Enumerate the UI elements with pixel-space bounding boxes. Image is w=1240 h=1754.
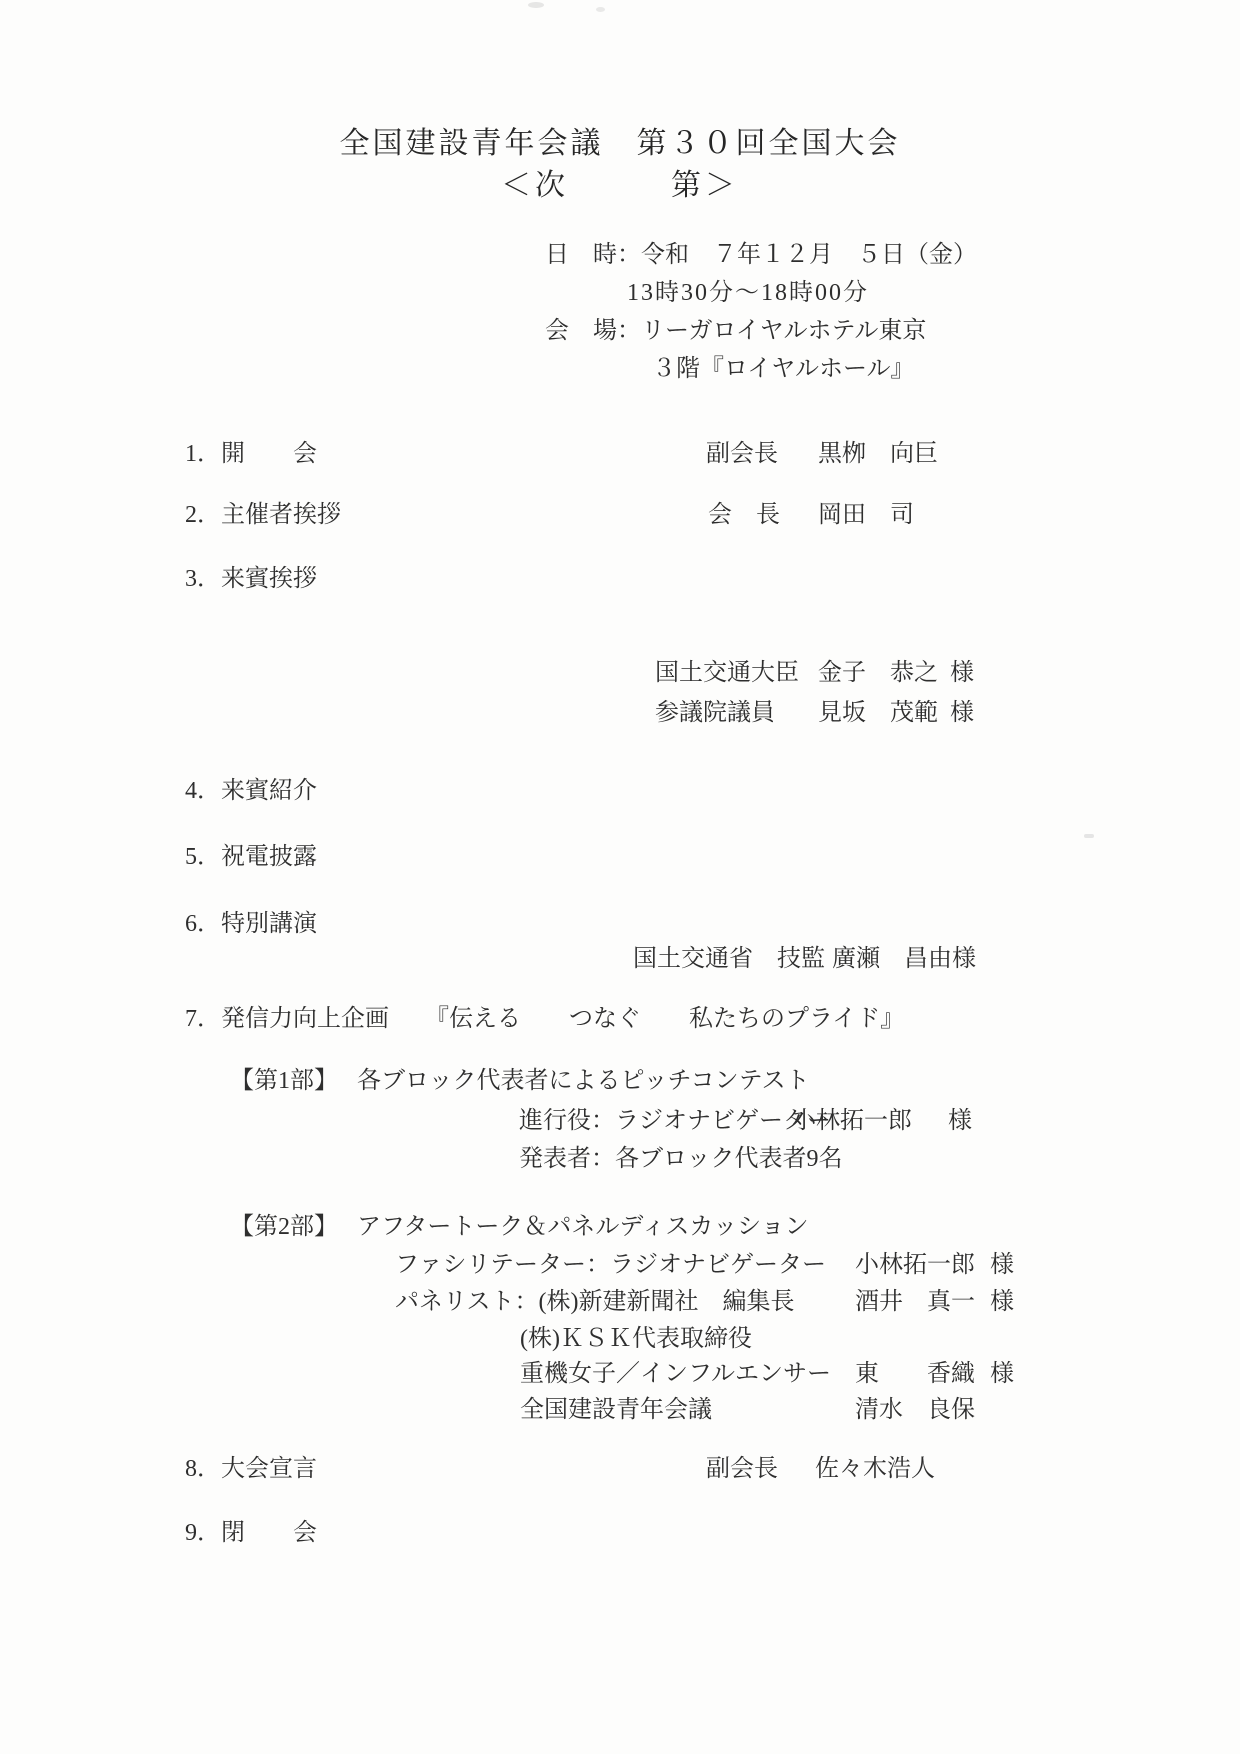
part2-title: アフタートーク＆パネルディスカッション bbox=[357, 1206, 809, 1241]
agenda-item-8-name: 佐々木浩人 bbox=[815, 1448, 935, 1483]
meta-date: 日 時：令和 ７年１２月 ５日（金） bbox=[545, 234, 977, 269]
part1-presenters: 発表者：各ブロック代表者9名 bbox=[519, 1138, 843, 1173]
agenda-item-4-label: 4．来賓紹介 bbox=[185, 770, 317, 805]
part1-moderator-honorific: 様 bbox=[948, 1100, 972, 1135]
scan-artifact bbox=[1084, 834, 1094, 838]
part2-facilitator-name: 小林拓一郎 bbox=[855, 1244, 975, 1279]
agenda-item-6-label: 6．特別講演 bbox=[185, 903, 317, 938]
scan-artifact bbox=[528, 2, 544, 8]
part2-facilitator-label: ファシリテーター：ラジオナビゲーター bbox=[395, 1244, 826, 1279]
guest-1-title: 国土交通大臣 bbox=[655, 652, 799, 687]
scanned-agenda-page: 全国建設青年会議 第３０回全国大会 ＜次 第＞ 日 時：令和 ７年１２月 ５日（… bbox=[0, 0, 1240, 1754]
part2-facilitator-honorific: 様 bbox=[990, 1244, 1014, 1279]
part1-heading: 【第1部】 bbox=[230, 1060, 338, 1095]
agenda-item-8-label: 8．大会宣言 bbox=[185, 1448, 317, 1483]
meta-venue-floor: ３階『ロイヤルホール』 bbox=[652, 348, 915, 383]
part2-heading: 【第2部】 bbox=[230, 1206, 338, 1241]
agenda-item-1-label: 1．開 会 bbox=[185, 433, 317, 468]
guest-2-title: 参議院議員 bbox=[655, 692, 775, 727]
part2-panelist-label: パネリスト：(株)新建新聞社 編集長 bbox=[395, 1281, 795, 1316]
guest-2-name: 見坂 茂範 bbox=[818, 692, 938, 727]
part2-panelist3-honorific: 様 bbox=[990, 1353, 1014, 1388]
agenda-item-2-name: 岡田 司 bbox=[818, 494, 914, 529]
agenda-item-9-label: 9．閉 会 bbox=[185, 1512, 317, 1547]
agenda-item-1-name: 黒栁 向巨 bbox=[818, 433, 938, 468]
meta-venue: 会 場：リーガロイヤルホテル東京 bbox=[545, 310, 926, 345]
guest-1-honorific: 様 bbox=[950, 652, 974, 687]
part2-panelist4-org: 全国建設青年会議 bbox=[520, 1389, 712, 1424]
agenda-item-8-role: 副会長 bbox=[706, 1448, 778, 1483]
agenda-item-7-label: 7．発信力向上企画 『伝える つなぐ 私たちのプライド』 bbox=[185, 998, 904, 1033]
part2-panelist1-honorific: 様 bbox=[990, 1281, 1014, 1316]
page-title: 全国建設青年会議 第３０回全国大会 bbox=[0, 118, 1240, 162]
part2-panelist2-org: (株)ＫＳＫ代表取締役 bbox=[520, 1318, 752, 1353]
speaker-title: 国土交通省 技監 bbox=[633, 938, 825, 973]
speaker-name: 廣瀬 昌由 bbox=[832, 938, 952, 973]
part2-panelist1-name: 酒井 真一 bbox=[855, 1281, 975, 1316]
part2-panelist4-name: 清水 良保 bbox=[855, 1389, 975, 1424]
scan-artifact bbox=[596, 7, 605, 12]
speaker-honorific: 様 bbox=[952, 938, 976, 973]
guest-2-honorific: 様 bbox=[950, 692, 974, 727]
part1-title: 各ブロック代表者によるピッチコンテスト bbox=[357, 1060, 810, 1095]
guest-1-name: 金子 恭之 bbox=[818, 652, 938, 687]
meta-time: 13時30分～18時00分 bbox=[627, 272, 869, 307]
part1-moderator-name: 小林拓一郎 bbox=[792, 1100, 912, 1135]
part2-panelist3-org: 重機女子／インフルエンサー bbox=[520, 1353, 831, 1388]
agenda-item-2-label: 2．主催者挨拶 bbox=[185, 494, 341, 529]
agenda-item-3-label: 3．来賓挨拶 bbox=[185, 558, 317, 593]
agenda-item-5-label: 5．祝電披露 bbox=[185, 836, 317, 871]
page-subtitle: ＜次 第＞ bbox=[0, 160, 1240, 204]
part1-moderator-label: 進行役：ラジオナビゲーター bbox=[519, 1100, 831, 1135]
agenda-item-1-role: 副会長 bbox=[706, 433, 778, 468]
part2-panelist3-name: 東 香織 bbox=[855, 1353, 975, 1388]
agenda-item-2-role: 会 長 bbox=[708, 494, 780, 529]
